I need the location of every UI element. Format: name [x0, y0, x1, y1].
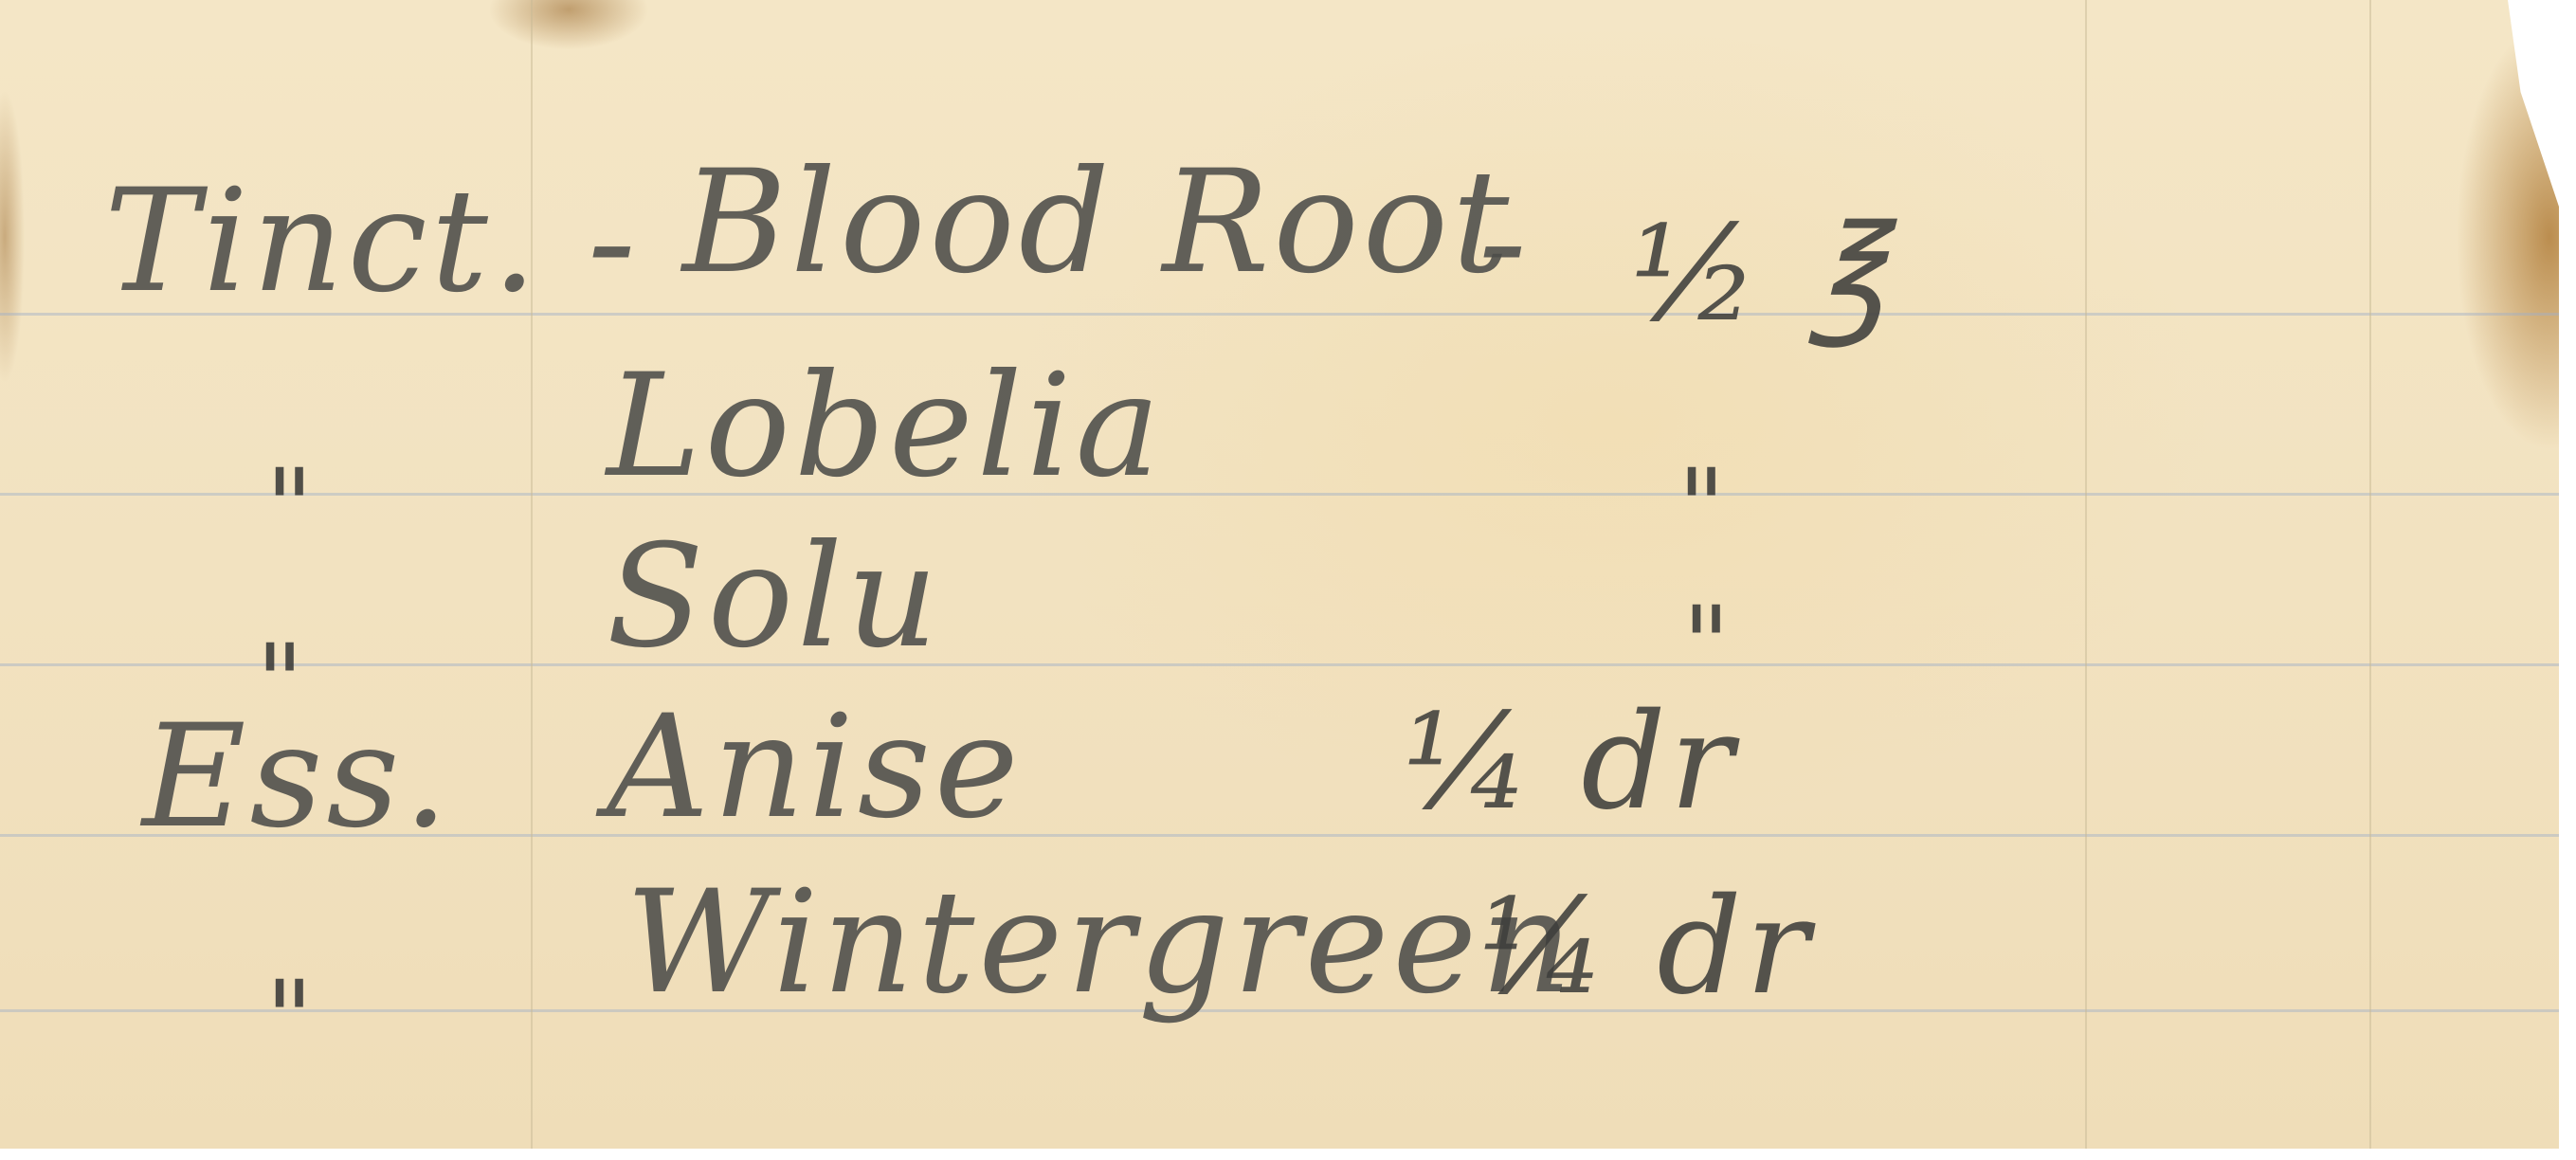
aged-paper-note: Tinct. - Blood Root - ½ ℥ " Lobelia " So… [0, 0, 2559, 1149]
paper-fold [2369, 0, 2371, 1149]
line-2-item: Lobelia [607, 355, 1164, 498]
line-3-item: Solu [607, 526, 942, 668]
line-1-separator: - [588, 171, 640, 313]
line-5-prefix-ditto: " [265, 967, 317, 1071]
line-2-quantity-ditto: " [1678, 455, 1730, 559]
line-4-quantity: ¼ dr [1403, 697, 1737, 829]
line-2-prefix-ditto: " [265, 455, 317, 559]
line-4-prefix: Ess. [142, 706, 452, 848]
line-4-item: Anise [607, 697, 1023, 839]
line-1-prefix: Tinct. [104, 171, 541, 313]
paper-fold [2085, 0, 2087, 1149]
line-1-item: Blood Root [682, 152, 1513, 294]
line-1-quantity: ½ ℥ [1630, 208, 1889, 341]
ruled-line [0, 493, 2559, 496]
line-3-quantity-ditto: " [1682, 592, 1734, 697]
line-1-dash: - [1478, 171, 1531, 313]
ruled-line [0, 663, 2559, 666]
line-5-quantity: ¼ dr [1478, 881, 1813, 1014]
line-5-item: Wintergreen [626, 872, 1576, 1014]
